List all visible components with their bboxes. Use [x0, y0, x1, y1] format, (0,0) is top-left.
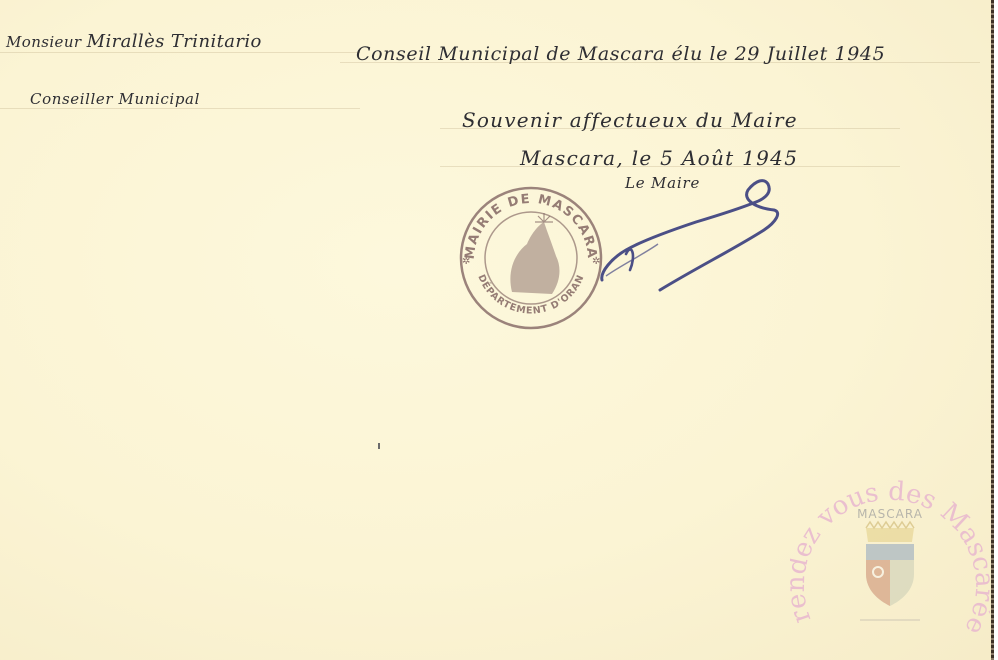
recipient-salutation: Monsieur — [6, 33, 81, 51]
message-text: Souvenir affectueux du Maire — [462, 108, 798, 132]
document-paper: Monsieur Mirallès Trinitario Conseiller … — [0, 0, 994, 660]
mayor-signature — [596, 172, 796, 302]
recipient-title: Conseiller Municipal — [30, 90, 200, 108]
watermark-crest-label: MASCARA — [857, 507, 923, 521]
scan-edge — [994, 0, 998, 660]
place-date: Mascara, le 5 Août 1945 — [520, 146, 798, 170]
mairie-stamp-icon: MAIRIE DE MASCARA DÉPARTEMENT D'ORAN ✲ ✲ — [452, 182, 610, 332]
svg-text:✲: ✲ — [462, 256, 470, 267]
recipient-name: Mirallès Trinitario — [87, 31, 262, 52]
ruled-line — [0, 52, 360, 53]
coat-of-arms-icon — [866, 522, 914, 606]
ink-speck — [378, 443, 380, 449]
ruled-line — [0, 108, 360, 109]
mascara-watermark-logo: Le rendez vous des Mascaréens MASCARA — [790, 456, 990, 656]
document-heading: Conseil Municipal de Mascara élu le 29 J… — [356, 43, 885, 65]
recipient-line: Monsieur Mirallès Trinitario — [6, 31, 262, 52]
